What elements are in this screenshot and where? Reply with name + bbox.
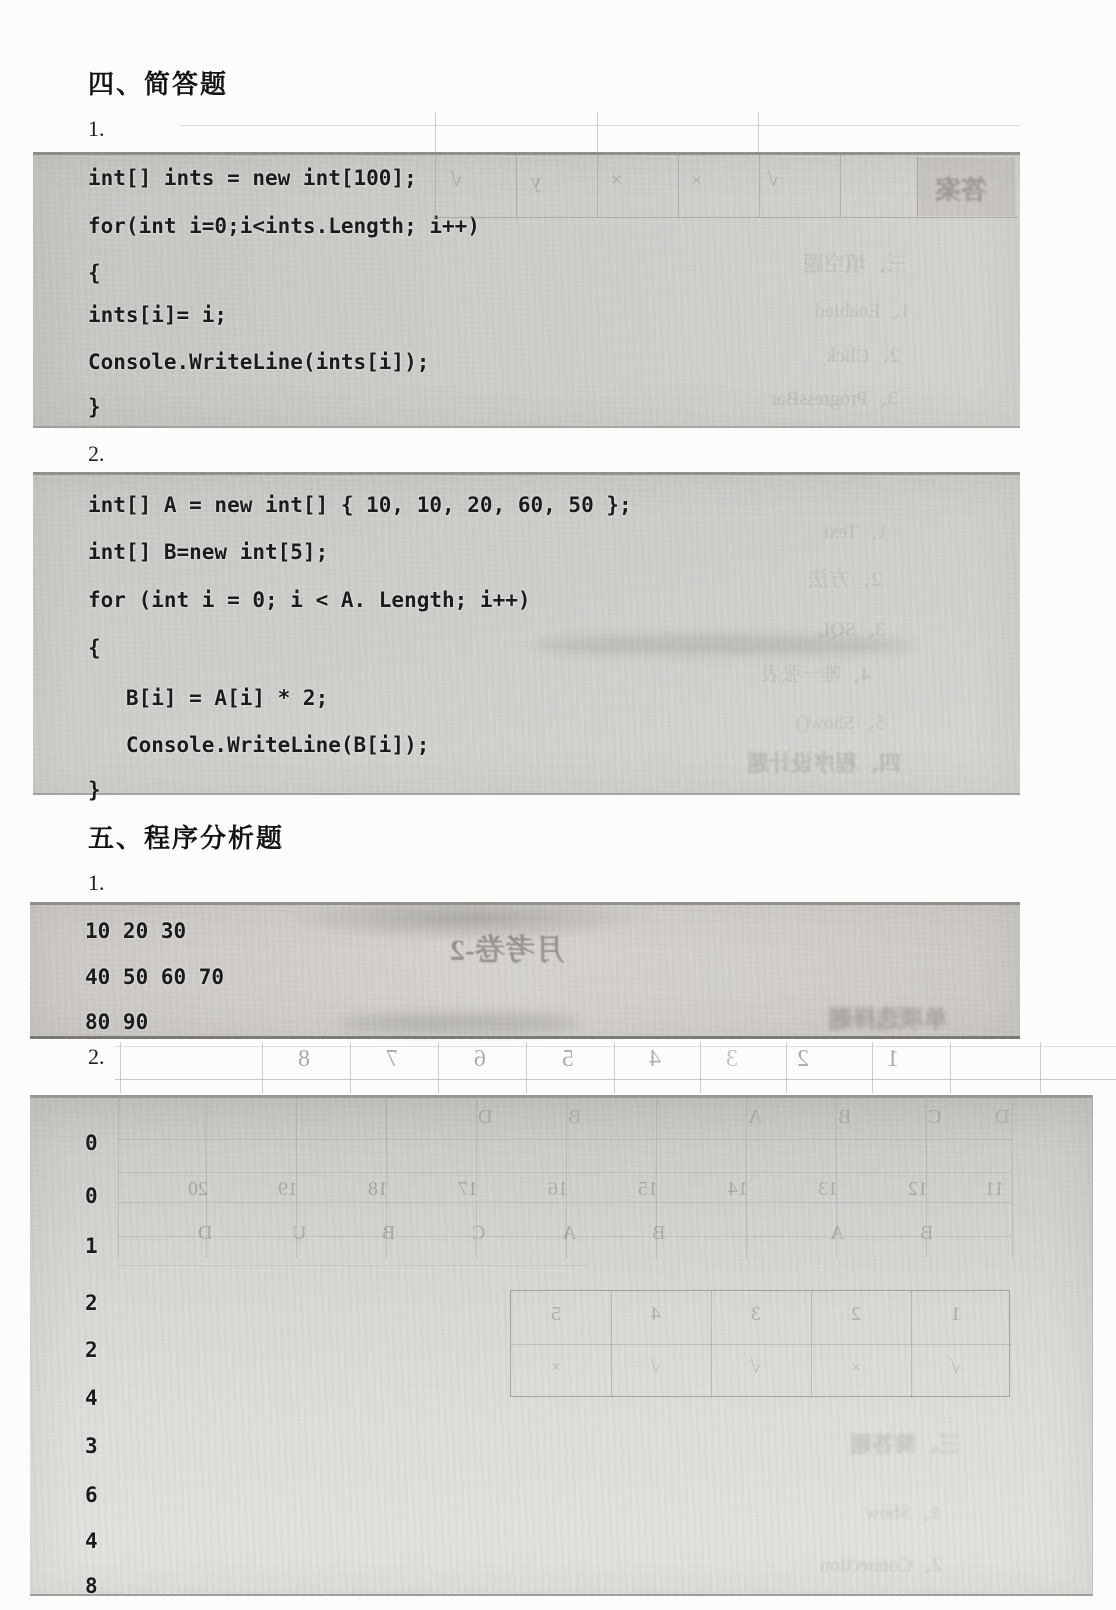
output-line: 4	[85, 1529, 98, 1553]
ghost-grid-line	[611, 1291, 612, 1398]
output-line: 10 20 30	[85, 919, 186, 943]
ghost-letter: B	[568, 1106, 581, 1129]
ghost-number: 16	[548, 1178, 568, 1201]
ghost-text: 4、唯一张表	[761, 658, 871, 687]
ghost-grid-line	[511, 1344, 1011, 1345]
ghost-grid-line	[566, 1098, 567, 1258]
ghost-grid-line	[120, 1042, 121, 1093]
ghost-number: 12	[908, 1178, 928, 1201]
ghost-grid-line	[516, 155, 517, 217]
code-line: int[] A = new int[] { 10, 10, 20, 60, 50…	[88, 493, 632, 517]
ghost-letter: A	[562, 1222, 576, 1245]
code-line: {	[88, 261, 101, 285]
ghost-text: 四、程序设计题	[747, 747, 901, 778]
output-line: 0	[85, 1184, 98, 1208]
output-line: 40 50 60 70	[85, 965, 224, 989]
ghost-grid-line	[700, 1042, 701, 1093]
ghost-tick	[435, 112, 436, 152]
ghost-grid-line	[917, 155, 918, 217]
ghost-text: 5、Show()	[796, 706, 885, 735]
code-line: }	[88, 395, 101, 419]
ghost-answer-header: 答案	[935, 170, 987, 207]
ghost-digit: 7	[386, 1046, 398, 1073]
ghost-grid-line	[206, 1098, 207, 1258]
ghost-grid-line	[711, 1291, 712, 1398]
ghost-mark: ×	[611, 169, 622, 192]
ghost-mark: ×	[551, 1357, 561, 1378]
ghost-rule-line	[180, 125, 1020, 126]
ghost-grid-line	[926, 1098, 927, 1258]
ghost-digit: 2	[851, 1303, 861, 1326]
ghost-letter: B	[920, 1222, 933, 1245]
ghost-grid-line	[597, 155, 598, 217]
ghost-grid-line	[435, 155, 436, 217]
ghost-letter: D	[478, 1106, 492, 1129]
code-line: for(int i=0;i<ints.Length; i++)	[88, 214, 480, 238]
code-line: int[] B=new int[5];	[88, 540, 328, 564]
ghost-grid-line	[118, 1236, 1012, 1237]
ghost-number: 13	[818, 1178, 838, 1201]
section5-item2-number: 2.	[88, 1044, 105, 1070]
ghost-number: 20	[188, 1178, 208, 1201]
ghost-grid-line	[118, 1265, 588, 1266]
scanned-exam-page: 四、简答题 1. int[] ints = new int[100]; for(…	[0, 0, 1116, 1610]
code-line: Console.WriteLine(ints[i]);	[88, 350, 429, 374]
ghost-answer-cell: 答案	[917, 158, 1015, 216]
ghost-grid-line	[350, 1042, 351, 1093]
ghost-grid-line	[118, 1202, 1012, 1203]
code-line: ints[i]= i;	[88, 303, 227, 327]
section5-item1-number: 1.	[88, 870, 105, 896]
ghost-letter: B	[652, 1222, 665, 1245]
ghost-mini-table: 5 4 3 2 1 × √ √ × √	[510, 1290, 1010, 1397]
ghost-grid-line	[476, 1098, 477, 1258]
ghost-grid-line	[759, 155, 760, 217]
ghost-digit: 3	[726, 1046, 738, 1073]
ghost-digit: 8	[298, 1046, 310, 1073]
ghost-number: 15	[638, 1178, 658, 1201]
ghost-grid-line	[678, 155, 679, 217]
output-block-2: 0 0 1 2 2 4 3 6 4 8 D B A B C D 20	[30, 1095, 1093, 1596]
ghost-grid-line	[614, 1042, 615, 1093]
ghost-digit: 6	[474, 1046, 486, 1073]
ghost-letter: C	[472, 1222, 485, 1245]
ghost-grid-line	[950, 1042, 951, 1093]
ghost-digit: 5	[551, 1303, 561, 1326]
output-line: 8	[85, 1574, 98, 1598]
output-line: 1	[85, 1234, 98, 1258]
ghost-grid-line	[1040, 1042, 1041, 1093]
ghost-number: 17	[458, 1178, 478, 1201]
ghost-mark: √	[951, 1357, 961, 1378]
output-line: 0	[85, 1131, 98, 1155]
ghost-grid-line	[115, 1079, 1116, 1080]
code-line: B[i] = A[i] * 2;	[88, 686, 328, 710]
ghost-number: 18	[368, 1178, 388, 1201]
code-line: int[] ints = new int[100];	[88, 166, 417, 190]
output-block-1: 10 20 30 40 50 60 70 80 90 月考卷-2 单项选择题	[30, 902, 1020, 1039]
code-line: }	[88, 778, 101, 802]
ghost-digit: 5	[562, 1046, 574, 1073]
code-block-1: int[] ints = new int[100]; for(int i=0;i…	[33, 152, 1020, 428]
ghost-text: 2、方法	[808, 563, 882, 593]
section4-item1-number: 1.	[88, 116, 105, 142]
section5-heading: 五、程序分析题	[88, 818, 284, 855]
ghost-digit: 2	[797, 1046, 809, 1073]
ghost-grid-line	[872, 1042, 873, 1093]
ghost-digit: 1	[951, 1303, 961, 1326]
ghost-grid-line	[836, 1098, 837, 1258]
ghost-grid-line	[386, 1098, 387, 1258]
ghost-mark: ×	[691, 170, 702, 193]
ghost-text: 3、SQL	[818, 613, 886, 642]
ghost-digit: 1	[887, 1046, 899, 1073]
ghost-grid-line	[118, 1098, 119, 1258]
ghost-grid-line	[118, 1139, 1012, 1140]
ghost-number: 14	[728, 1178, 748, 1201]
ghost-mark: y	[531, 171, 541, 194]
ghost-text: 1、Text	[823, 515, 888, 544]
output-line: 4	[85, 1386, 98, 1410]
ghost-number: 11	[985, 1178, 1004, 1201]
ghost-text: 三、填空题	[803, 248, 908, 278]
code-block-2: int[] A = new int[] { 10, 10, 20, 60, 50…	[33, 472, 1020, 795]
section4-item2-number: 2.	[88, 441, 105, 467]
ghost-number: 19	[278, 1178, 298, 1201]
ghost-tick	[758, 112, 759, 152]
ghost-grid-line	[262, 1042, 263, 1093]
code-line: Console.WriteLine(B[i]);	[88, 733, 429, 757]
scan-smudge	[340, 1013, 580, 1033]
ghost-grid-line	[1012, 1098, 1013, 1258]
ghost-text: 三、简答题	[850, 1428, 960, 1459]
ghost-grid-line	[786, 1042, 787, 1093]
ghost-grid-line	[435, 217, 1018, 218]
ghost-mark: √	[768, 169, 779, 192]
section4-heading: 四、简答题	[88, 64, 228, 101]
ghost-text: 2、Click	[826, 339, 899, 368]
ghost-letter: B	[382, 1222, 395, 1245]
ghost-text: 1、Enabled	[815, 294, 911, 323]
ghost-text: 1、Show	[865, 1496, 941, 1525]
ghost-grid-line	[911, 1291, 912, 1398]
ghost-choice-header: 单项选择题	[828, 999, 948, 1034]
ghost-grid-line	[811, 1291, 812, 1398]
ghost-grid-line	[840, 155, 841, 217]
scan-smudge	[533, 635, 913, 655]
ghost-letter: C	[928, 1106, 941, 1129]
output-line: 2	[85, 1291, 98, 1315]
ghost-letter: U	[292, 1222, 306, 1245]
ghost-tick	[597, 112, 598, 152]
ghost-text: 3、ProgressBar	[770, 382, 898, 411]
ghost-letter: A	[748, 1106, 762, 1129]
ghost-grid-line	[656, 1098, 657, 1258]
ghost-mark: ×	[851, 1357, 861, 1378]
ghost-mark: √	[651, 1357, 661, 1378]
output-line: 80 90	[85, 1010, 148, 1034]
ghost-digit: 4	[649, 1046, 661, 1073]
ghost-grid-line	[115, 1046, 1116, 1047]
code-line: for (int i = 0; i < A. Length; i++)	[88, 588, 531, 612]
ghost-letter: B	[838, 1106, 851, 1129]
ghost-grid-line	[526, 1042, 527, 1093]
output-line: 2	[85, 1338, 98, 1362]
ghost-grid-line	[296, 1098, 297, 1258]
ghost-grid-line	[118, 1172, 1012, 1173]
ghost-mark: √	[451, 169, 462, 192]
output-line: 6	[85, 1483, 98, 1507]
ghost-mark: √	[751, 1357, 761, 1378]
ghost-letter: A	[830, 1222, 844, 1245]
code-line: {	[88, 636, 101, 660]
output-line: 3	[85, 1434, 98, 1458]
ghost-digit: 3	[751, 1303, 761, 1326]
ghost-letter: D	[198, 1222, 212, 1245]
ghost-text: 2、Connection	[820, 1548, 942, 1577]
ghost-letter: D	[995, 1106, 1009, 1129]
ghost-exam-label: 月考卷-2	[450, 925, 565, 969]
ghost-digit: 4	[651, 1303, 661, 1326]
ghost-grid-line	[438, 1042, 439, 1093]
ghost-grid-line	[746, 1098, 747, 1258]
